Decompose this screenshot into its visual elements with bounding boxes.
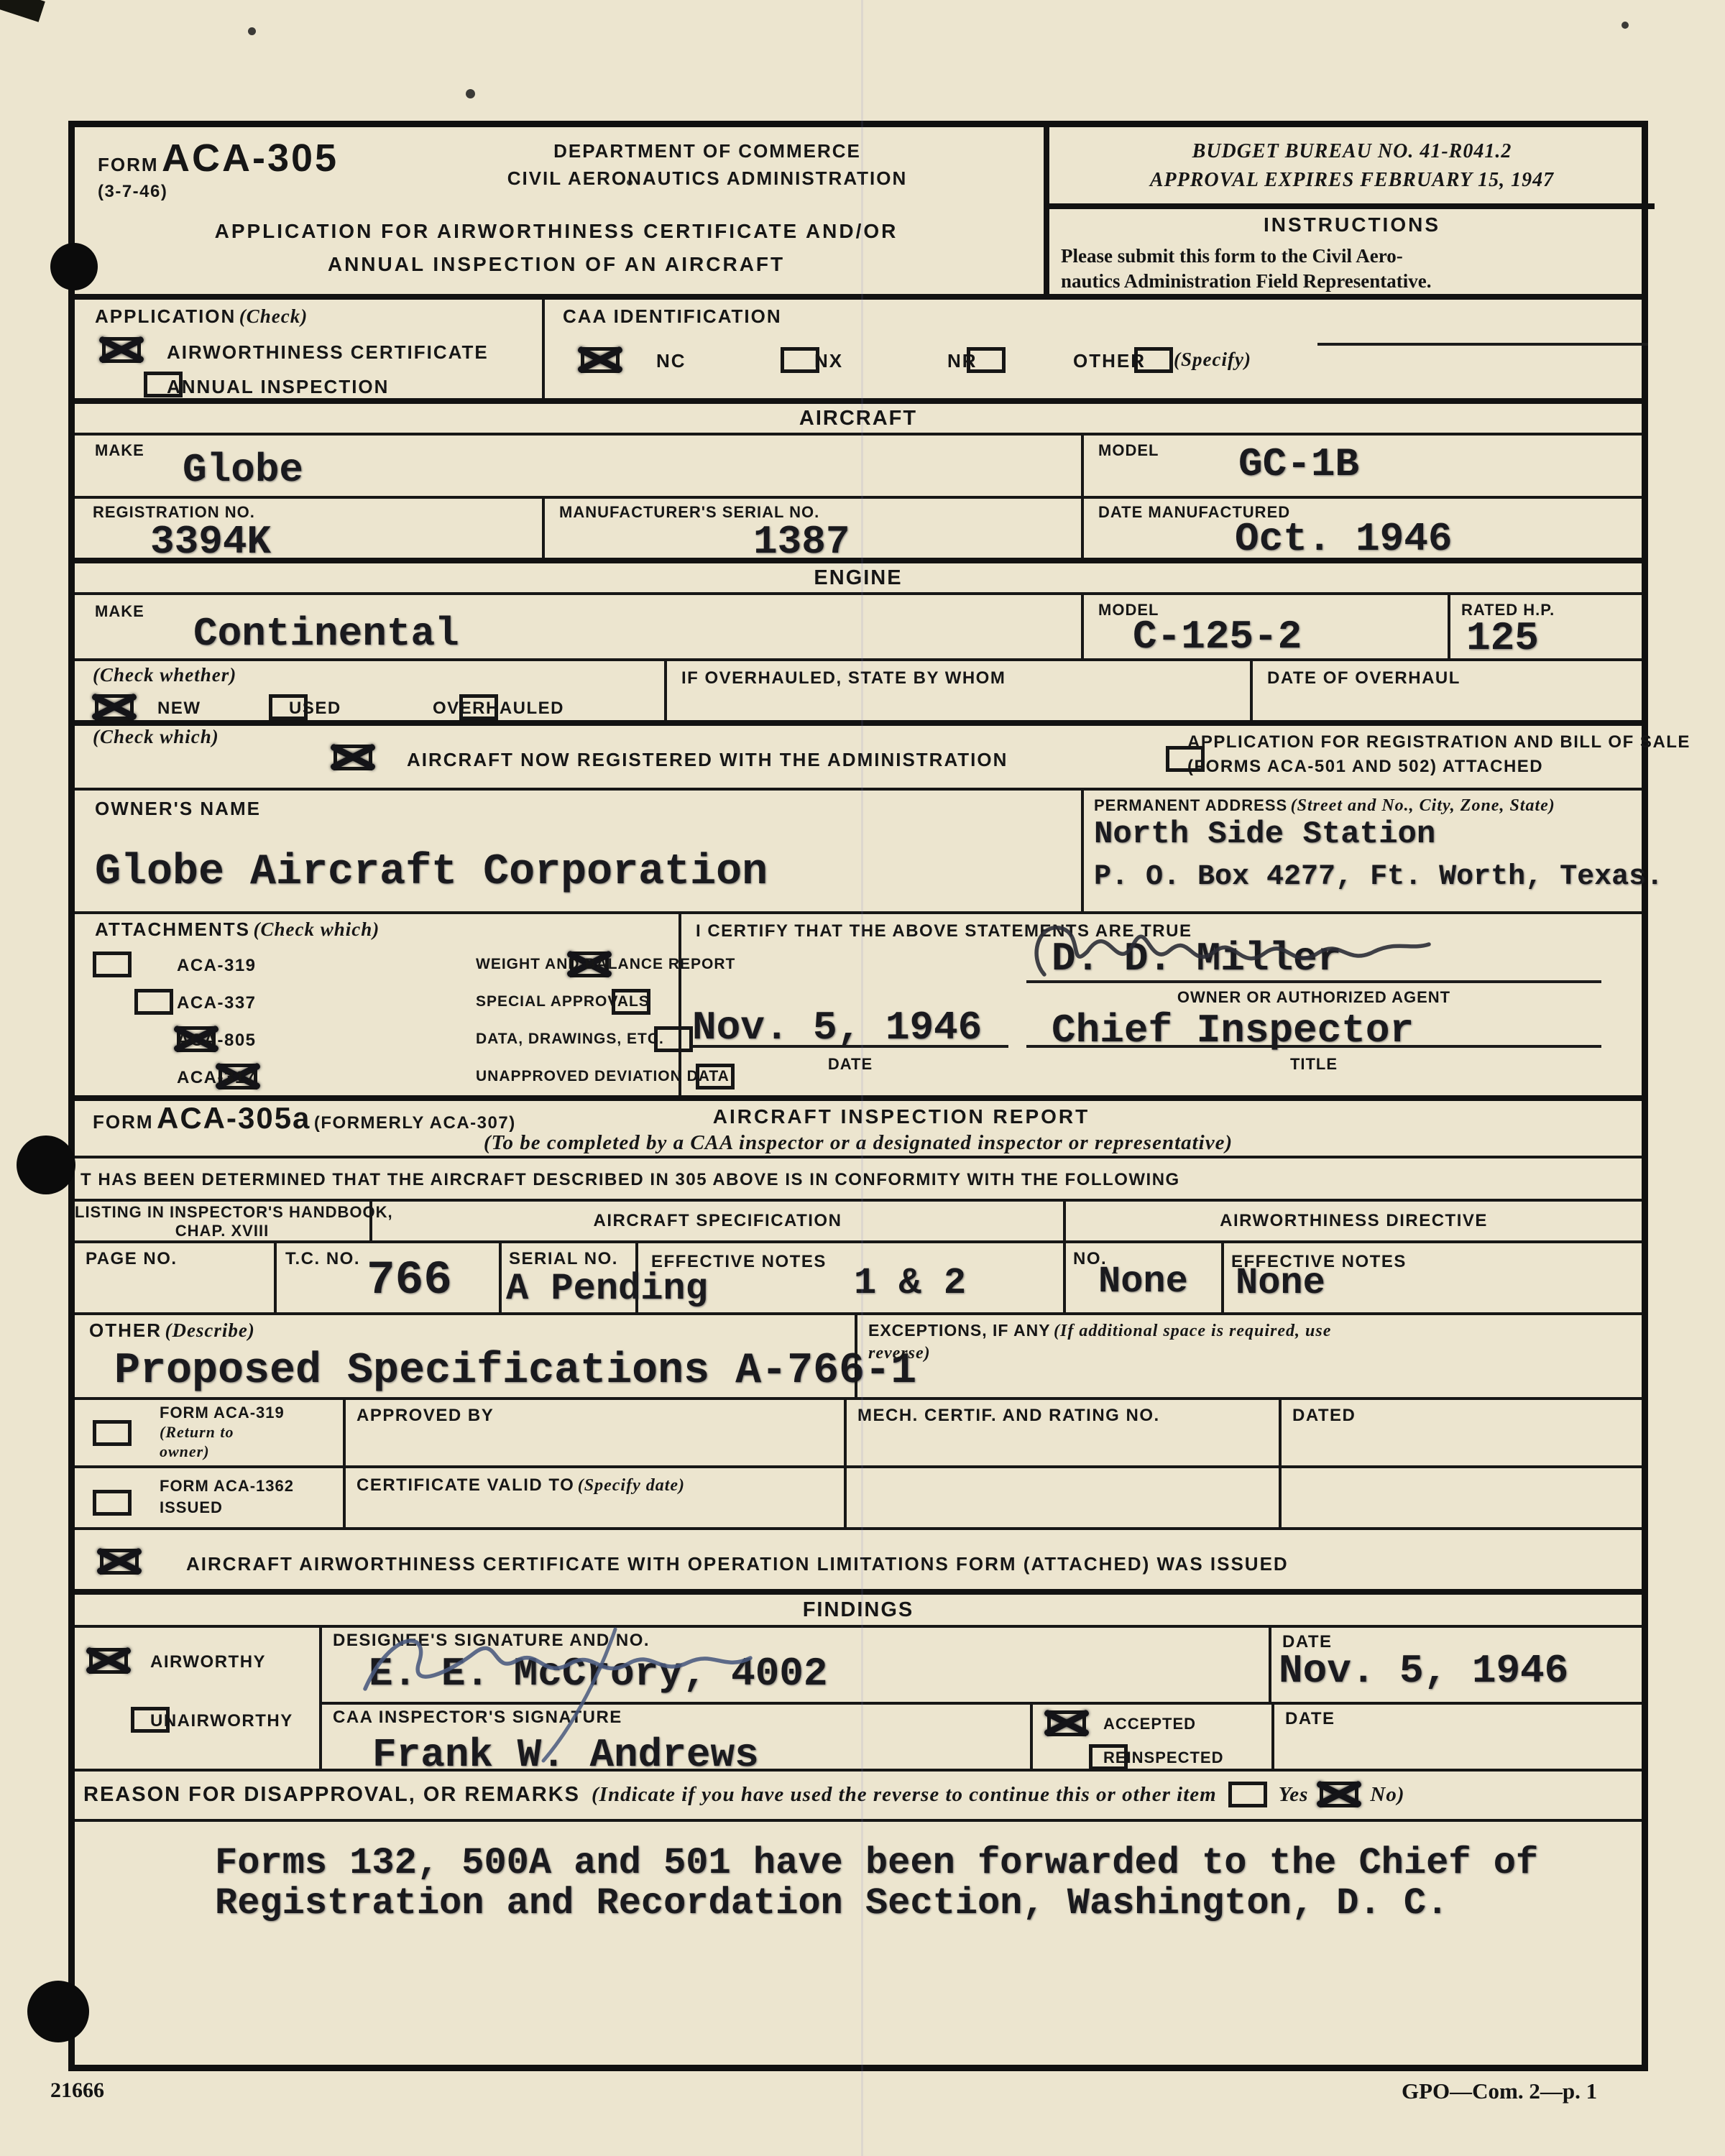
application-row: APPLICATION (Check) AIRWORTHINESS CERTIF… — [75, 300, 1642, 404]
aca319-row: FORM ACA-319 (Return to owner) APPROVED … — [75, 1400, 1642, 1468]
aircraft-model-value[interactable]: GC-1B — [1238, 441, 1359, 487]
engine-make-cell: MAKE Continental — [75, 595, 1081, 658]
form-header: FORM ACA-305 (3-7-46) DEPARTMENT OF COMM… — [75, 127, 1642, 300]
agency-line2: CIVIL AERONAUTICS ADMINISTRATION — [448, 165, 966, 192]
remarks-area: Forms 132, 500A and 501 have been forwar… — [75, 1822, 1642, 2065]
spec-notes-value[interactable]: 1 & 2 — [854, 1262, 966, 1304]
designee-date-cell: DATE Nov. 5, 1946 — [1269, 1628, 1642, 1702]
handbook-header-line2: CHAP. XVIII — [75, 1222, 369, 1240]
certification-title-line[interactable] — [1026, 1045, 1601, 1048]
aca1362-cell: FORM ACA-1362 ISSUED — [75, 1468, 343, 1527]
form-aca319-label: FORM ACA-319 — [160, 1403, 285, 1422]
instructions-line1: Please submit this form to the Civil Aer… — [1061, 244, 1403, 269]
engine-condition-row: (Check whether) NEW USED OVERHAULED IF O… — [75, 661, 1642, 726]
aircraft-registration-row: REGISTRATION NO. 3394K MANUFACTURER'S SE… — [75, 499, 1642, 563]
engine-make-label: MAKE — [95, 602, 144, 621]
date-of-overhaul-cell: DATE OF OVERHAUL — [1250, 661, 1642, 720]
engine-section-band: ENGINE — [75, 563, 1642, 595]
scanned-form-page: 21666 GPO—Com. 2—p. 1 FORM ACA-305 (3-7-… — [0, 0, 1725, 2156]
airworthy-cell: AIRWORTHY UNAIRWORTHY — [75, 1628, 319, 1769]
engine-model-value[interactable]: C-125-2 — [1133, 614, 1302, 660]
reason-label: REASON FOR DISAPPROVAL, OR REMARKS — [83, 1783, 580, 1807]
exceptions-label: EXCEPTIONS, IF ANY — [868, 1321, 1051, 1340]
report-title: AIRCRAFT INSPECTION REPORT — [578, 1105, 1225, 1128]
spec-serial-cell: SERIAL NO. A Pending — [499, 1243, 635, 1312]
directive-no-value[interactable]: None — [1098, 1261, 1188, 1303]
exceptions-note-line2: reverse) — [868, 1344, 931, 1363]
special-approvals-label: SPECIAL APPROVALS — [476, 993, 650, 1010]
tc-no-cell: T.C. NO. 766 — [274, 1243, 499, 1312]
check-whether-label: (Check whether) — [93, 664, 236, 686]
exceptions-cell: EXCEPTIONS, IF ANY (If additional space … — [855, 1315, 1642, 1397]
aircraft-section-title: AIRCRAFT — [799, 407, 917, 430]
form-number: ACA-305 — [162, 137, 339, 180]
address-line2[interactable]: P. O. Box 4277, Ft. Worth, Texas. — [1094, 861, 1663, 893]
owner-name-label: OWNER'S NAME — [95, 798, 261, 820]
instructions-title: INSTRUCTIONS — [1049, 213, 1655, 236]
other-describe-label: OTHER — [89, 1319, 162, 1341]
spec-serial-value[interactable]: A Pending — [506, 1268, 708, 1310]
owner-name-cell: OWNER'S NAME Globe Aircraft Corporation — [75, 791, 1081, 911]
other-row: OTHER (Describe) Proposed Specifications… — [75, 1315, 1642, 1400]
engine-condition-cell: (Check whether) NEW USED OVERHAULED — [75, 661, 664, 720]
dated-cell: DATED — [1279, 1400, 1642, 1465]
annual-inspection-label: ANNUAL INSPECTION — [167, 376, 389, 398]
airworthiness-directive-header: AIRWORTHINESS DIRECTIVE — [1220, 1211, 1488, 1231]
registration-cell: REGISTRATION NO. 3394K — [75, 499, 542, 558]
form-aca319-note2: owner) — [160, 1442, 285, 1461]
form-border-frame: FORM ACA-305 (3-7-46) DEPARTMENT OF COMM… — [68, 121, 1648, 2071]
engine-make-row: MAKE Continental MODEL C-125-2 RATED H.P… — [75, 595, 1642, 661]
certification-title-label: TITLE — [1026, 1055, 1601, 1074]
budget-bureau-line1: BUDGET BUREAU NO. 41-R041.2 — [1049, 137, 1655, 166]
engine-section-title: ENGINE — [814, 566, 902, 590]
attachments-row: ATTACHMENTS (Check which) ACA-319 ACA-33… — [75, 914, 1642, 1101]
mech-certif-label: MECH. CERTIF. AND RATING NO. — [857, 1406, 1160, 1426]
aircraft-make-value[interactable]: Globe — [183, 447, 303, 493]
caa-identification-section: CAA IDENTIFICATION NC NX NR OTHER (Speci… — [542, 300, 1642, 398]
aircraft-make-label: MAKE — [95, 441, 144, 460]
page-no-cell: PAGE NO. — [75, 1243, 274, 1312]
accepted-checkbox[interactable] — [1047, 1710, 1086, 1736]
nx-label: NX — [814, 350, 843, 372]
engine-new-label: NEW — [157, 699, 201, 719]
dated-label: DATED — [1292, 1406, 1356, 1426]
accepted-label: ACCEPTED — [1103, 1715, 1196, 1733]
attachments-section: ATTACHMENTS (Check which) ACA-319 ACA-33… — [75, 914, 678, 1095]
airworthiness-directive-header-cell: AIRWORTHINESS DIRECTIVE — [1063, 1202, 1642, 1240]
aircraft-make-cell: MAKE Globe — [75, 436, 1081, 496]
mech-certif-empty-cell — [844, 1468, 1279, 1527]
scan-fold-line — [861, 0, 863, 2156]
handbook-header-line1: LISTING IN INSPECTOR'S HANDBOOK, — [75, 1203, 369, 1222]
aircraft-spec-header: AIRCRAFT SPECIFICATION — [594, 1211, 842, 1231]
ink-speck — [248, 27, 256, 35]
designee-signature-scribble — [351, 1613, 811, 1772]
serial-value[interactable]: 1387 — [753, 519, 850, 565]
certification-date-line[interactable] — [692, 1045, 1008, 1048]
aca1362-row: FORM ACA-1362 ISSUED CERTIFICATE VALID T… — [75, 1468, 1642, 1530]
directive-notes-value[interactable]: None — [1236, 1262, 1325, 1304]
other-specify-blank[interactable] — [1317, 343, 1648, 346]
application-label: APPLICATION — [95, 305, 236, 327]
airworthiness-certificate-label: AIRWORTHINESS CERTIFICATE — [167, 341, 489, 364]
budget-bureau-box: BUDGET BUREAU NO. 41-R041.2 APPROVAL EXP… — [1049, 127, 1655, 209]
print-order-number: 21666 — [50, 2078, 104, 2103]
aircraft-model-cell: MODEL GC-1B — [1081, 436, 1642, 496]
registered-label: AIRCRAFT NOW REGISTERED WITH THE ADMINIS… — [407, 749, 1008, 771]
bill-of-sale-label-line2: (FORMS ACA-501 AND 502) ATTACHED — [1187, 755, 1690, 779]
reverse-no-label: No) — [1370, 1783, 1404, 1807]
other-describe-note: (Describe) — [165, 1319, 254, 1341]
engine-used-label: USED — [289, 699, 341, 719]
attachments-note: (Check which) — [253, 918, 379, 940]
certificate-valid-label: CERTIFICATE VALID TO — [356, 1475, 574, 1495]
aca-319-label: ACA-319 — [177, 956, 257, 976]
owner-address-cell: PERMANENT ADDRESS (Street and No., City,… — [1081, 791, 1642, 911]
aca-337-label: ACA-337 — [177, 993, 257, 1013]
approved-by-cell: APPROVED BY — [343, 1400, 844, 1465]
mech-certif-cell: MECH. CERTIF. AND RATING NO. — [844, 1400, 1279, 1465]
certification-section: I CERTIFY THAT THE ABOVE STATEMENTS ARE … — [678, 914, 1642, 1095]
registered-checkbox[interactable] — [333, 745, 372, 770]
address-line1[interactable]: North Side Station — [1094, 816, 1435, 852]
reverse-yes-label: Yes — [1279, 1783, 1309, 1807]
report-form-label: FORM — [93, 1111, 154, 1133]
aircraft-model-label: MODEL — [1098, 441, 1159, 460]
directive-notes-cell: EFFECTIVE NOTES None — [1221, 1243, 1642, 1312]
caa-identification-label: CAA IDENTIFICATION — [563, 305, 782, 328]
aca319-cell: FORM ACA-319 (Return to owner) — [75, 1400, 343, 1465]
certificate-valid-note: (Specify date) — [578, 1476, 685, 1495]
owner-signature-caption: OWNER OR AUTHORIZED AGENT — [1084, 988, 1544, 1007]
header-title-cell: FORM ACA-305 (3-7-46) DEPARTMENT OF COMM… — [75, 127, 1044, 294]
gpo-imprint: GPO—Com. 2—p. 1 — [1402, 2078, 1597, 2104]
registration-value[interactable]: 3394K — [150, 519, 271, 565]
spec-serial-label: SERIAL NO. — [509, 1249, 618, 1269]
exceptions-note-line1: (If additional space is required, use — [1054, 1322, 1331, 1340]
budget-bureau-line2: APPROVAL EXPIRES FEBRUARY 15, 1947 — [1049, 166, 1655, 195]
header-right-cell: BUDGET BUREAU NO. 41-R041.2 APPROVAL EXP… — [1044, 127, 1655, 294]
owner-name-value[interactable]: Globe Aircraft Corporation — [95, 848, 768, 897]
page-no-label: PAGE NO. — [86, 1249, 178, 1269]
approved-by-label: APPROVED BY — [356, 1406, 494, 1426]
owner-signature-scribble — [1019, 908, 1450, 987]
application-note: (Check) — [239, 305, 308, 327]
aca-337-checkbox[interactable] — [134, 989, 173, 1015]
engine-make-value[interactable]: Continental — [193, 611, 459, 657]
form-aca319-note1: (Return to — [160, 1422, 285, 1442]
overhauled-by-cell: IF OVERHAULED, STATE BY WHOM — [664, 661, 1250, 720]
aca-319-checkbox[interactable] — [93, 952, 132, 977]
findings-section-title: FINDINGS — [803, 1598, 914, 1622]
other-describe-value[interactable]: Proposed Specifications A-766-1 — [114, 1347, 916, 1396]
owner-row: OWNER'S NAME Globe Aircraft Corporation … — [75, 791, 1642, 914]
report-form-note: (FORMERLY ACA-307) — [314, 1113, 516, 1133]
certificate-issued-checkbox[interactable] — [100, 1549, 139, 1575]
aca-805-label: ACA-805 — [177, 1031, 257, 1051]
dated-empty-cell — [1279, 1468, 1642, 1527]
date-manufactured-cell: DATE MANUFACTURED Oct. 1946 — [1081, 499, 1642, 558]
bill-of-sale-label-line1: APPLICATION FOR REGISTRATION AND BILL OF… — [1187, 730, 1690, 755]
tc-no-label: T.C. NO. — [285, 1249, 360, 1269]
attachments-label: ATTACHMENTS — [95, 918, 250, 940]
punch-hole — [27, 1981, 89, 2042]
serial-cell: MANUFACTURER'S SERIAL NO. 1387 — [542, 499, 1081, 558]
reinspected-label: REINSPECTED — [1103, 1749, 1223, 1767]
remarks-line1[interactable]: Forms 132, 500A and 501 have been forwar… — [215, 1842, 1538, 1884]
address-label: PERMANENT ADDRESS — [1094, 796, 1287, 814]
airworthy-checkbox[interactable] — [89, 1648, 128, 1674]
agency-line1: DEPARTMENT OF COMMERCE — [448, 137, 966, 165]
unairworthy-label: UNAIRWORTHY — [150, 1711, 293, 1731]
form-aca1362-label2: ISSUED — [160, 1497, 294, 1519]
aircraft-spec-header-cell: AIRCRAFT SPECIFICATION — [369, 1202, 1063, 1240]
address-note: (Street and No., City, Zone, State) — [1291, 796, 1555, 815]
form-aca1362-label: FORM ACA-1362 — [160, 1475, 294, 1497]
directive-no-cell: NO. None — [1063, 1243, 1221, 1312]
punch-hole — [50, 243, 98, 290]
certification-date-value[interactable]: Nov. 5, 1946 — [692, 1005, 982, 1051]
inspector-date-cell: DATE — [1271, 1705, 1642, 1769]
ink-speck — [466, 89, 475, 98]
certificate-issued-row: AIRCRAFT AIRWORTHINESS CERTIFICATE WITH … — [75, 1530, 1642, 1595]
other-describe-cell: OTHER (Describe) Proposed Specifications… — [75, 1315, 855, 1397]
reason-note: (Indicate if you have used the reverse t… — [592, 1783, 1217, 1807]
rated-hp-cell: RATED H.P. 125 — [1448, 595, 1642, 658]
nc-checkbox[interactable] — [581, 347, 620, 373]
conformity-statement: T HAS BEEN DETERMINED THAT THE AIRCRAFT … — [80, 1170, 1180, 1190]
data-drawings-label: DATA, DRAWINGS, ETC. — [476, 1031, 664, 1048]
findings-row: AIRWORTHY UNAIRWORTHY DESIGNEE'S SIGNATU… — [75, 1628, 1642, 1772]
remarks-line2[interactable]: Registration and Recordation Section, Wa… — [215, 1882, 1448, 1925]
date-manufactured-value[interactable]: Oct. 1946 — [1235, 516, 1452, 562]
certification-date-label: DATE — [692, 1055, 1008, 1074]
nr-label: NR — [947, 350, 977, 372]
nc-label: NC — [656, 350, 686, 372]
check-which-label: (Check which) — [93, 726, 219, 748]
inspector-date-label: DATE — [1285, 1709, 1335, 1729]
reverse-no-checkbox[interactable] — [1320, 1782, 1358, 1807]
form-number-label: FORM — [98, 154, 159, 175]
certificate-valid-cell: CERTIFICATE VALID TO (Specify date) — [343, 1468, 844, 1527]
accepted-cell: ACCEPTED REINSPECTED — [1030, 1705, 1271, 1769]
other-label: OTHER — [1073, 350, 1146, 372]
scan-corner-mark — [0, 0, 45, 22]
engine-model-cell: MODEL C-125-2 — [1081, 595, 1448, 658]
instructions-box: INSTRUCTIONS Please submit this form to … — [1049, 209, 1655, 294]
ink-speck — [1621, 22, 1629, 29]
inspection-report-header: FORM ACA-305a (FORMERLY ACA-307) AIRCRAF… — [75, 1101, 1642, 1158]
other-specify-note: (Specify) — [1174, 349, 1251, 371]
date-of-overhaul-label: DATE OF OVERHAUL — [1267, 668, 1460, 688]
spec-table-header: LISTING IN INSPECTOR'S HANDBOOK, CHAP. X… — [75, 1202, 1642, 1243]
report-form-number: ACA-305a — [157, 1101, 310, 1135]
form-aca1362-checkbox[interactable] — [93, 1490, 132, 1516]
airworthiness-certificate-checkbox[interactable] — [102, 337, 141, 363]
rated-hp-value[interactable]: 125 — [1466, 615, 1539, 661]
certificate-issued-label: AIRCRAFT AIRWORTHINESS CERTIFICATE WITH … — [186, 1553, 1289, 1575]
aircraft-make-row: MAKE Globe MODEL GC-1B — [75, 436, 1642, 499]
form-title-line2: ANNUAL INSPECTION OF AN AIRCRAFT — [111, 248, 1002, 281]
instructions-line2: nautics Administration Field Representat… — [1061, 269, 1432, 294]
registration-status-row: (Check which) AIRCRAFT NOW REGISTERED WI… — [75, 726, 1642, 791]
reverse-yes-checkbox[interactable] — [1228, 1782, 1267, 1807]
aca-317-label: ACA-317 — [177, 1068, 257, 1088]
application-section: APPLICATION (Check) AIRWORTHINESS CERTIF… — [75, 300, 542, 398]
designee-date-value[interactable]: Nov. 5, 1946 — [1279, 1648, 1568, 1694]
aircraft-section-band: AIRCRAFT — [75, 404, 1642, 436]
form-revision: (3-7-46) — [98, 182, 339, 202]
form-aca319-checkbox[interactable] — [93, 1420, 132, 1446]
engine-new-checkbox[interactable] — [95, 694, 134, 720]
punch-hole — [17, 1135, 75, 1194]
overhauled-by-label: IF OVERHAULED, STATE BY WHOM — [681, 668, 1006, 688]
reason-row: REASON FOR DISAPPROVAL, OR REMARKS (Indi… — [75, 1772, 1642, 1822]
handbook-header-cell: LISTING IN INSPECTOR'S HANDBOOK, CHAP. X… — [75, 1202, 369, 1240]
designee-signature-cell: DESIGNEE'S SIGNATURE AND NO. E. E. McCro… — [319, 1628, 1269, 1702]
report-subtitle: (To be completed by a CAA inspector or a… — [75, 1131, 1642, 1155]
form-title-line1: APPLICATION FOR AIRWORTHINESS CERTIFICAT… — [111, 215, 1002, 248]
tc-no-value[interactable]: 766 — [367, 1253, 452, 1307]
findings-band: FINDINGS — [75, 1595, 1642, 1628]
airworthy-label: AIRWORTHY — [150, 1652, 266, 1672]
conformity-row: T HAS BEEN DETERMINED THAT THE AIRCRAFT … — [75, 1158, 1642, 1202]
spec-table-data: PAGE NO. T.C. NO. 766 SERIAL NO. A Pendi… — [75, 1243, 1642, 1315]
engine-overhauled-label: OVERHAULED — [433, 699, 564, 719]
